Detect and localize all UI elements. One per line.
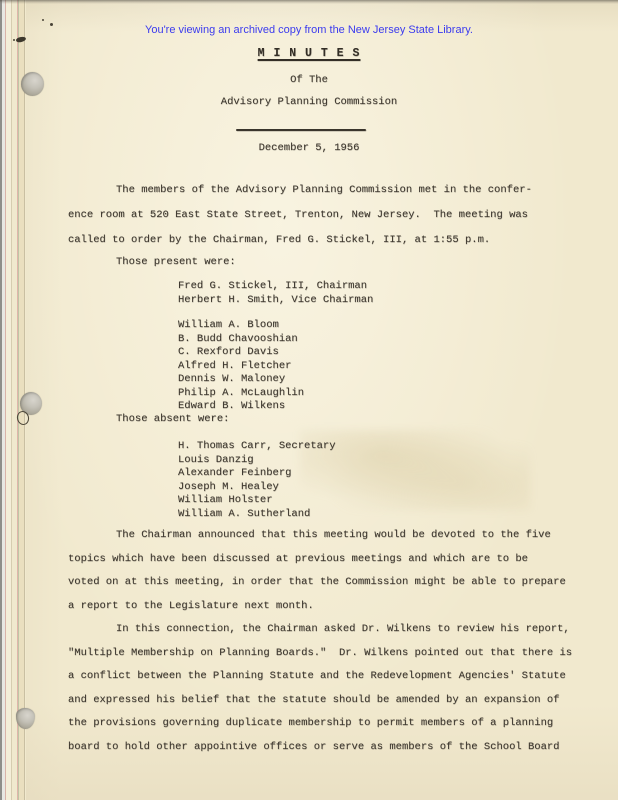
scan-top-edge xyxy=(0,0,618,4)
absentee-name: Alexander Feinberg xyxy=(68,467,554,481)
typed-line: and expressed his belief that the statut… xyxy=(68,689,554,713)
archive-banner: You're viewing an archived copy from the… xyxy=(0,24,618,36)
attendee-name: Fred G. Stickel, III, Chairman xyxy=(68,280,554,294)
attendee-name: Herbert H. Smith, Vice Chairman xyxy=(68,294,554,308)
attendee-name: Dennis W. Maloney xyxy=(68,373,554,387)
divider-rule xyxy=(236,129,366,131)
typed-line: topics which have been discussed at prev… xyxy=(68,548,554,572)
intro-paragraph: The members of the Advisory Planning Com… xyxy=(68,178,554,253)
punch-hole-bottom xyxy=(16,708,35,729)
present-officers-list: Fred G. Stickel, III, ChairmanHerbert H.… xyxy=(68,280,554,307)
minutes-title: M I N U T E S xyxy=(0,47,618,60)
typed-line: a report to the Legislature next month. xyxy=(68,595,554,619)
attendee-name: William A. Bloom xyxy=(68,319,554,333)
organization-name: Advisory Planning Commission xyxy=(0,96,618,108)
typed-line: a conflict between the Planning Statute … xyxy=(68,665,554,689)
absent-members-list: H. Thomas Carr, SecretaryLouis DanzigAle… xyxy=(68,440,554,521)
title-subtitle: Of The xyxy=(0,74,618,86)
absentee-name: Louis Danzig xyxy=(68,454,554,468)
attendee-name: C. Rexford Davis xyxy=(68,346,554,360)
meeting-date: December 5, 1956 xyxy=(0,142,618,154)
typed-line: The members of the Advisory Planning Com… xyxy=(68,178,554,203)
typed-line: the provisions governing duplicate membe… xyxy=(68,712,554,736)
ink-speck xyxy=(42,19,44,21)
absentee-name: William Holster xyxy=(68,494,554,508)
wilkens-report-paragraph: In this connection, the Chairman asked D… xyxy=(68,618,554,759)
attendee-name: Philip A. McLaughlin xyxy=(68,387,554,401)
announcement-paragraph: The Chairman announced that this meeting… xyxy=(68,524,554,618)
present-members-list: William A. BloomB. Budd ChavooshianC. Re… xyxy=(68,319,554,414)
absentee-name: H. Thomas Carr, Secretary xyxy=(68,440,554,454)
absent-label: Those absent were: xyxy=(68,412,554,426)
typed-line: The Chairman announced that this meeting… xyxy=(68,524,554,548)
typed-line: ence room at 520 East State Street, Tren… xyxy=(68,203,554,228)
absentee-name: William A. Sutherland xyxy=(68,508,554,522)
present-label: Those present were: xyxy=(68,255,554,269)
typed-line: called to order by the Chairman, Fred G.… xyxy=(68,228,554,253)
typed-line: voted on at this meeting, in order that … xyxy=(68,571,554,595)
typed-line: "Multiple Membership on Planning Boards.… xyxy=(68,642,554,666)
attendee-name: Alfred H. Fletcher xyxy=(68,360,554,374)
scanned-page: You're viewing an archived copy from the… xyxy=(0,0,618,800)
typed-line: In this connection, the Chairman asked D… xyxy=(68,618,554,642)
typed-line: board to hold other appointive offices o… xyxy=(68,736,554,760)
absentee-name: Joseph M. Healey xyxy=(68,481,554,495)
attendee-name: B. Budd Chavooshian xyxy=(68,333,554,347)
ink-speck xyxy=(13,39,15,41)
